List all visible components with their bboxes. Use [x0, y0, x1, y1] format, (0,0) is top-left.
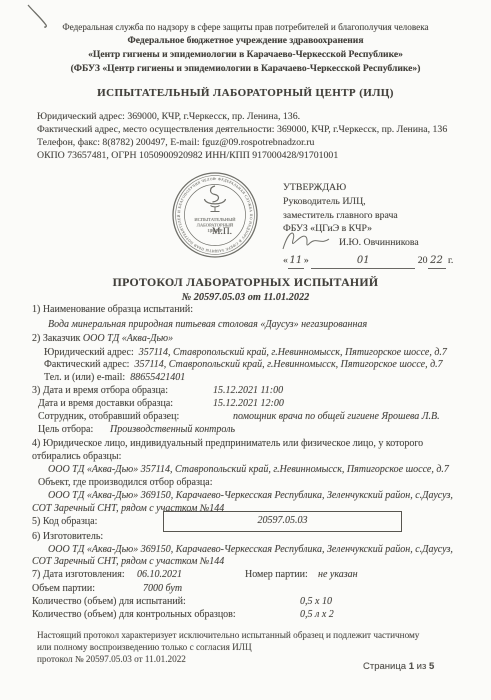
legal-address: Юридический адрес: 369000, КЧР, г.Черкес… — [37, 110, 471, 123]
protocol-body: 1) Наименование образца испытаний: Вода … — [0, 303, 491, 621]
item2-actual-label: Фактический адрес: — [44, 359, 129, 370]
item3-employee-value: помощник врача по общей гигиене Ярошева … — [233, 410, 440, 423]
stamp-approval-zone: • ФЕДЕРАЛЬНАЯ СЛУЖБА ПО НАДЗОРУ В СФЕРЕ … — [0, 165, 491, 277]
disclaimer-line-1: Настоящий протокол характеризует исключи… — [37, 629, 471, 641]
item3-purpose-line: Цель отбора:Производственный контроль — [0, 423, 491, 436]
item7-line: 7) Дата изготовления:06.10.2021Номер пар… — [0, 568, 491, 581]
actual-address: Фактический адрес, место осуществления д… — [37, 123, 471, 136]
item5-label: 5) Код образца: — [32, 516, 97, 527]
item3-delivery-value: 15.12.2021 12:00 — [213, 397, 284, 410]
batch-volume-line: Объем партии:7000 бут — [0, 582, 491, 595]
qty-test-line: Количество (объем) для испытаний:0,5 х 1… — [0, 595, 491, 608]
item5-line: 5) Код образца:20597.05.03 — [0, 515, 491, 528]
qty-control-line: Количество (объем) для контрольных образ… — [0, 608, 491, 621]
item2-phone-label: Тел. и (или) e-mail: — [44, 372, 125, 383]
lab-center-title: ИСПЫТАТЕЛЬНЫЙ ЛАБОРАТОРНЫЙ ЦЕНТР (ИЛЦ) — [0, 87, 491, 99]
approve-heading: УТВЕРЖДАЮ — [283, 181, 483, 195]
approver-role-1: Руководитель ИЛЦ, — [283, 195, 483, 209]
batch-number-value: не указан — [318, 568, 358, 581]
item3-line: 3) Дата и время отбора образца:15.12.202… — [0, 384, 491, 397]
hygieia-bowl-icon — [205, 186, 226, 212]
protocol-title-block: ПРОТОКОЛ ЛАБОРАТОРНЫХ ИСПЫТАНИЙ № 20597.… — [0, 275, 491, 305]
page-current: 1 — [409, 661, 414, 672]
item6-label: 6) Изготовитель: — [0, 530, 491, 543]
qty-control-label: Количество (объем) для контрольных образ… — [32, 609, 236, 620]
item3-label: 3) Дата и время отбора образца: — [32, 385, 168, 396]
date-suffix: г. — [448, 255, 453, 266]
date-month-handwritten: 01 — [311, 254, 415, 269]
svg-text:ИСПЫТАТЕЛЬНЫЙ: ИСПЫТАТЕЛЬНЫЙ — [194, 217, 236, 222]
approval-block: УТВЕРЖДАЮ Руководитель ИЛЦ, заместитель … — [283, 181, 483, 269]
quote-close: » — [304, 255, 309, 266]
approver-role-2: заместитель главного врача — [283, 209, 483, 223]
item2-label: 2) Заказчик — [32, 333, 80, 344]
item2-phone-line: Тел. и (или) e-mail: 88655421401 — [0, 371, 491, 384]
item2-actual-value: 357114, Ставропольский край, г.Невинномы… — [134, 359, 442, 370]
item3-purpose-label: Цель отбора: — [38, 424, 93, 435]
batch-volume-label: Объем партии: — [32, 583, 95, 594]
agency-line: Федеральная служба по надзору в сфере за… — [0, 20, 491, 34]
item3-employee-label: Сотрудник, отобравший образец: — [38, 411, 179, 422]
qty-test-label: Количество (объем) для испытаний: — [32, 596, 186, 607]
item4-object-value-1: ООО ТД «Аква-Дью» 369150, Карачаево-Черк… — [0, 489, 491, 502]
item2-legal-value: 357114, Ставропольский край, г.Невинномы… — [139, 347, 447, 358]
item2-phone-value: 88655421401 — [130, 372, 185, 383]
date-day-handwritten: 11 — [288, 254, 304, 269]
item2-line: 2) Заказчик ООО ТД «Аква-Дью» — [0, 332, 491, 345]
item1-label: 1) Наименование образца испытаний: — [0, 303, 491, 316]
mp-seal-placeholder-label: М.П. — [212, 227, 232, 237]
item2-legal-label: Юридический адрес: — [44, 347, 134, 358]
item1-value: Вода минеральная природная питьевая стол… — [0, 318, 491, 331]
item7-value: 06.10.2021 — [137, 568, 182, 581]
sample-code-box: 20597.05.03 — [163, 511, 402, 532]
signature-stroke — [279, 225, 351, 255]
item3-purpose-value: Производственный контроль — [110, 423, 235, 436]
page-number: Страница 1 из 5 — [363, 661, 434, 672]
page-word: Страница — [363, 661, 406, 672]
approval-date-line: «11» 01 2022 г. — [283, 254, 483, 269]
of-word: из — [417, 661, 427, 672]
batch-volume-value: 7000 бут — [143, 582, 182, 595]
item4-object-label: Объект, где производился отбор образца: — [0, 476, 491, 489]
date-year-handwritten: 22 — [428, 254, 446, 269]
protocol-title: ПРОТОКОЛ ЛАБОРАТОРНЫХ ИСПЫТАНИЙ — [0, 275, 491, 290]
footer-disclaimer: Настоящий протокол характеризует исключи… — [37, 629, 471, 665]
institution-line: Федеральное бюджетное учреждение здравоо… — [0, 34, 491, 48]
document-header: Федеральная служба по надзору в сфере за… — [0, 20, 491, 76]
batch-number-label: Номер партии: — [245, 568, 308, 581]
center-abbrev-line: (ФБУЗ «Центр гигиены и эпидемиологии в К… — [0, 62, 491, 76]
item4-label-2: отбирались образцы: — [0, 450, 491, 463]
item4-label-1: 4) Юридическое лицо, индивидуальный пред… — [0, 437, 491, 450]
item4-value: ООО ТД «Аква-Дью» 357114, Ставропольский… — [0, 463, 491, 476]
item6-value-2: СОТ Заречный СНТ, рядом с участком №144 — [0, 555, 491, 568]
item2-actual-line: Фактический адрес: 357114, Ставропольски… — [0, 358, 491, 371]
date-century: 20 — [418, 255, 428, 266]
item3-delivery-line: Дата и время доставки образца:15.12.2021… — [0, 397, 491, 410]
item3-value: 15.12.2021 11:00 — [213, 384, 283, 397]
phone-email: Телефон, факс: 8(8782) 200497, E-mail: f… — [37, 136, 471, 149]
contact-block: Юридический адрес: 369000, КЧР, г.Черкес… — [37, 110, 471, 162]
item3-delivery-label: Дата и время доставки образца: — [38, 398, 173, 409]
page-total: 5 — [429, 661, 434, 672]
item2-value: ООО ТД «Аква-Дью» — [83, 333, 173, 344]
item3-employee-line: Сотрудник, отобравший образец:помощник в… — [0, 410, 491, 423]
center-name-line: «Центр гигиены и эпидемиологии в Карачае… — [0, 48, 491, 62]
qty-control-value: 0,5 л х 2 — [300, 608, 334, 621]
protocol-document-page: Федеральная служба по надзору в сфере за… — [0, 0, 491, 700]
registration-codes: ОКПО 73657481, ОГРН 1050900920982 ИНН/КП… — [37, 149, 471, 162]
disclaimer-line-2: или полному воспроизведению только с сог… — [37, 641, 471, 653]
round-seal-stamp: • ФЕДЕРАЛЬНАЯ СЛУЖБА ПО НАДЗОРУ В СФЕРЕ … — [171, 169, 259, 261]
qty-test-value: 0,5 х 10 — [300, 595, 332, 608]
item7-label: 7) Дата изготовления: — [32, 569, 125, 580]
